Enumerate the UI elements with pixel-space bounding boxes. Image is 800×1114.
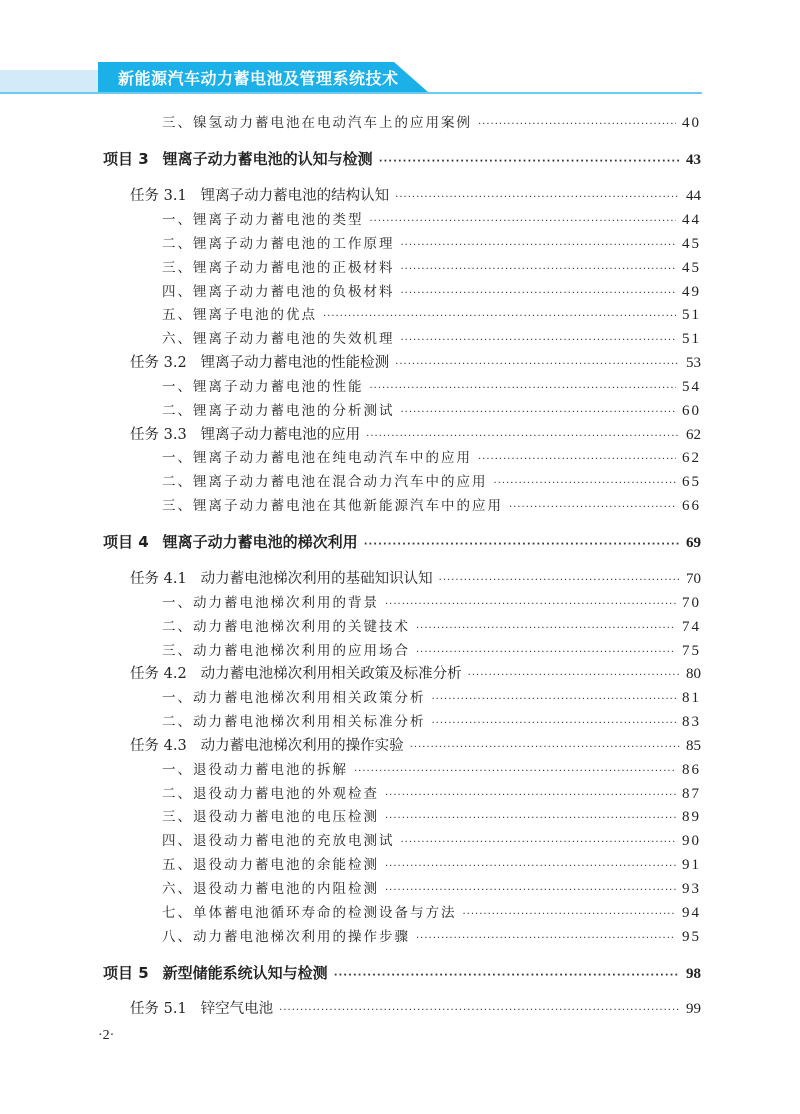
dot-leader [385, 885, 676, 896]
dot-leader [401, 288, 677, 299]
toc-section-entry[interactable]: 一、锂离子动力蓄电池的类型44 [162, 208, 701, 229]
toc-section-entry[interactable]: 八、动力蓄电池梯次利用的操作步骤95 [162, 925, 701, 946]
toc-section-entry[interactable]: 一、动力蓄电池梯次利用的背景70 [162, 591, 701, 612]
toc-task-entry[interactable]: 任务 3.1锂离子动力蓄电池的结构认知44 [130, 184, 701, 205]
toc-section-entry[interactable]: 五、锂离子电池的优点51 [162, 303, 701, 324]
toc-entry-label: 项目 5新型储能系统认知与检测 [103, 962, 328, 983]
toc-entry-page: 65 [682, 474, 701, 491]
toc-entry-page: 94 [682, 905, 701, 922]
toc-section-entry[interactable]: 二、动力蓄电池梯次利用的关键技术74 [162, 615, 701, 636]
toc-entry-page: 62 [682, 450, 701, 467]
toc-entry-title: 三、动力蓄电池梯次利用的应用场合 [162, 643, 410, 659]
toc-section-entry[interactable]: 三、锂离子动力蓄电池的正极材料45 [162, 256, 701, 277]
dot-leader [354, 766, 676, 777]
toc-entry-title: 锂离子动力蓄电池的梯次利用 [163, 533, 358, 551]
toc-entry-label: 二、动力蓄电池梯次利用的关键技术 [162, 615, 410, 635]
toc-entry-title: 动力蓄电池梯次利用的操作实验 [201, 738, 404, 754]
toc-entry-page: 69 [686, 535, 701, 552]
toc-entry-title: 二、动力蓄电池梯次利用的关键技术 [162, 619, 410, 635]
toc-entry-page: 44 [686, 188, 701, 205]
toc-entry-label: 二、锂离子动力蓄电池的工作原理 [162, 232, 395, 252]
dot-leader [401, 407, 677, 418]
toc-entry-title: 锂离子动力蓄电池的认知与检测 [163, 150, 373, 168]
dot-leader [385, 813, 676, 824]
toc-entry-page: 95 [682, 929, 701, 946]
toc-entry-label: 一、退役动力蓄电池的拆解 [162, 758, 348, 778]
toc-section-entry[interactable]: 二、动力蓄电池梯次利用相关标准分析83 [162, 710, 701, 731]
toc-project-entry[interactable]: 项目 4锂离子动力蓄电池的梯次利用69 [103, 531, 701, 552]
dot-leader [463, 909, 677, 920]
toc-entry-title: 一、锂离子动力蓄电池的性能 [162, 379, 364, 395]
toc-task-entry[interactable]: 任务 3.3锂离子动力蓄电池的应用62 [130, 423, 701, 444]
toc-entry-label: 三、退役动力蓄电池的电压检测 [162, 805, 379, 825]
toc-entry-label: 五、锂离子电池的优点 [162, 303, 317, 323]
page-number: ·2· [98, 1028, 114, 1044]
toc-entry-label: 二、锂离子动力蓄电池的分析测试 [162, 399, 395, 419]
toc-entry-page: 54 [682, 379, 701, 396]
toc-entry-title: 动力蓄电池梯次利用相关政策及标准分析 [201, 666, 462, 682]
toc-entry-title: 三、退役动力蓄电池的电压检测 [162, 809, 379, 825]
book-title: 新能源汽车动力蓄电池及管理系统技术 [118, 66, 399, 89]
toc-section-entry[interactable]: 二、锂离子动力蓄电池的分析测试60 [162, 399, 701, 420]
dot-leader [366, 431, 680, 442]
toc-section-entry[interactable]: 四、退役动力蓄电池的充放电测试90 [162, 829, 701, 850]
toc-section-entry[interactable]: 三、镍氢动力蓄电池在电动汽车上的应用案例40 [162, 111, 701, 132]
toc-section-entry[interactable]: 七、单体蓄电池循环寿命的检测设备与方法94 [162, 901, 701, 922]
toc-entry-title: 锂离子动力蓄电池的结构认知 [201, 188, 390, 204]
dot-leader [410, 742, 680, 753]
toc-entry-title: 一、动力蓄电池梯次利用相关政策分析 [162, 690, 426, 706]
toc-entry-number: 项目 3 [103, 150, 149, 168]
dot-leader [279, 1005, 680, 1016]
header-rule [0, 92, 702, 94]
dot-leader [401, 240, 677, 251]
dot-leader [478, 454, 676, 465]
toc-entry-label: 一、锂离子动力蓄电池的类型 [162, 208, 364, 228]
toc-entry-label: 二、退役动力蓄电池的外观检查 [162, 782, 379, 802]
toc-entry-page: 51 [682, 331, 701, 348]
toc-section-entry[interactable]: 二、锂离子动力蓄电池的工作原理45 [162, 232, 701, 253]
toc-entry-title: 五、锂离子电池的优点 [162, 307, 317, 323]
toc-entry-label: 三、锂离子动力蓄电池的正极材料 [162, 256, 395, 276]
toc-section-entry[interactable]: 六、退役动力蓄电池的内阻检测93 [162, 877, 701, 898]
toc-entry-title: 五、退役动力蓄电池的余能检测 [162, 857, 379, 873]
toc-entry-label: 三、锂离子动力蓄电池在其他新能源汽车中的应用 [162, 494, 503, 514]
toc-entry-page: 60 [682, 403, 701, 420]
toc-entry-label: 八、动力蓄电池梯次利用的操作步骤 [162, 925, 410, 945]
toc-section-entry[interactable]: 三、退役动力蓄电池的电压检测89 [162, 805, 701, 826]
toc-entry-number: 任务 3.3 [130, 427, 187, 443]
dot-leader [401, 837, 677, 848]
toc-entry-title: 八、动力蓄电池梯次利用的操作步骤 [162, 929, 410, 945]
toc-entry-label: 二、锂离子动力蓄电池在混合动力汽车中的应用 [162, 470, 488, 490]
dot-leader [416, 623, 676, 634]
toc-entry-label: 三、动力蓄电池梯次利用的应用场合 [162, 639, 410, 659]
dot-leader [432, 694, 677, 705]
toc-entry-title: 三、镍氢动力蓄电池在电动汽车上的应用案例 [162, 115, 472, 131]
dot-leader [416, 933, 676, 944]
toc-entry-label: 任务 3.1锂离子动力蓄电池的结构认知 [130, 184, 389, 205]
toc-entry-label: 任务 3.2锂离子动力蓄电池的性能检测 [130, 351, 389, 372]
toc-task-entry[interactable]: 任务 4.3动力蓄电池梯次利用的操作实验85 [130, 734, 701, 755]
toc-project-entry[interactable]: 项目 5新型储能系统认知与检测98 [103, 962, 701, 983]
toc-entry-label: 项目 4锂离子动力蓄电池的梯次利用 [103, 531, 358, 552]
toc-entry-page: 43 [686, 152, 701, 169]
toc-entry-number: 任务 3.1 [130, 188, 187, 204]
dot-leader [379, 156, 680, 167]
dot-leader [370, 216, 677, 227]
dot-leader [395, 359, 680, 370]
toc-entry-label: 七、单体蓄电池循环寿命的检测设备与方法 [162, 901, 457, 921]
toc-entry-label: 任务 3.3锂离子动力蓄电池的应用 [130, 423, 360, 444]
dot-leader [416, 647, 676, 658]
toc-section-entry[interactable]: 二、退役动力蓄电池的外观检查87 [162, 782, 701, 803]
toc-entry-label: 一、锂离子动力蓄电池在纯电动汽车中的应用 [162, 446, 472, 466]
dot-leader [364, 539, 680, 550]
dot-leader [478, 119, 676, 130]
toc-entry-title: 六、退役动力蓄电池的内阻检测 [162, 881, 379, 897]
toc-entry-page: 44 [682, 212, 701, 229]
toc-entry-label: 六、退役动力蓄电池的内阻检测 [162, 877, 379, 897]
dot-leader [494, 478, 677, 489]
toc-entry-label: 任务 4.1动力蓄电池梯次利用的基础知识认知 [130, 567, 433, 588]
toc-entry-label: 五、退役动力蓄电池的余能检测 [162, 853, 379, 873]
toc-entry-page: 80 [686, 666, 701, 683]
toc-entry-number: 项目 5 [103, 964, 149, 982]
toc-entry-title: 七、单体蓄电池循环寿命的检测设备与方法 [162, 905, 457, 921]
toc-task-entry[interactable]: 任务 5.1锌空气电池99 [130, 997, 701, 1018]
toc-section-entry[interactable]: 五、退役动力蓄电池的余能检测91 [162, 853, 701, 874]
toc-entry-page: 53 [686, 355, 701, 372]
toc-entry-page: 86 [682, 762, 701, 779]
toc-entry-title: 二、动力蓄电池梯次利用相关标准分析 [162, 714, 426, 730]
toc-entry-label: 四、退役动力蓄电池的充放电测试 [162, 829, 395, 849]
toc-entry-page: 85 [686, 738, 701, 755]
toc-entry-page: 40 [682, 115, 701, 132]
toc-entry-number: 项目 4 [103, 533, 149, 551]
toc-entry-page: 83 [682, 714, 701, 731]
toc-entry-title: 一、退役动力蓄电池的拆解 [162, 762, 348, 778]
toc-entry-page: 45 [682, 260, 701, 277]
dot-leader [401, 335, 677, 346]
toc-section-entry[interactable]: 一、锂离子动力蓄电池的性能54 [162, 375, 701, 396]
toc-entry-title: 新型储能系统认知与检测 [163, 964, 328, 982]
toc-section-entry[interactable]: 一、退役动力蓄电池的拆解86 [162, 758, 701, 779]
toc-entry-label: 四、锂离子动力蓄电池的负极材料 [162, 280, 395, 300]
toc-entry-title: 一、锂离子动力蓄电池在纯电动汽车中的应用 [162, 450, 472, 466]
toc-entry-page: 91 [682, 857, 701, 874]
toc-section-entry[interactable]: 三、动力蓄电池梯次利用的应用场合75 [162, 639, 701, 660]
toc-entry-number: 任务 4.1 [130, 571, 187, 587]
toc-entry-page: 75 [682, 643, 701, 660]
toc-entry-number: 任务 5.1 [130, 1001, 187, 1017]
toc-entry-label: 三、镍氢动力蓄电池在电动汽车上的应用案例 [162, 111, 472, 131]
toc-entry-title: 二、退役动力蓄电池的外观检查 [162, 786, 379, 802]
dot-leader [432, 718, 677, 729]
toc-entry-label: 项目 3锂离子动力蓄电池的认知与检测 [103, 148, 373, 169]
toc-section-entry[interactable]: 一、动力蓄电池梯次利用相关政策分析81 [162, 686, 701, 707]
toc-entry-page: 99 [686, 1001, 701, 1018]
toc-task-entry[interactable]: 任务 4.2动力蓄电池梯次利用相关政策及标准分析80 [130, 662, 701, 683]
dot-leader [323, 311, 676, 322]
toc-entry-label: 二、动力蓄电池梯次利用相关标准分析 [162, 710, 426, 730]
dot-leader [385, 599, 676, 610]
toc-entry-title: 二、锂离子动力蓄电池的工作原理 [162, 236, 395, 252]
toc-entry-title: 锂离子动力蓄电池的应用 [201, 427, 361, 443]
toc-entry-number: 任务 3.2 [130, 355, 187, 371]
toc-task-entry[interactable]: 任务 4.1动力蓄电池梯次利用的基础知识认知70 [130, 567, 701, 588]
toc-entry-title: 锌空气电池 [201, 1001, 274, 1017]
toc-entry-page: 74 [682, 619, 701, 636]
toc-entry-title: 二、锂离子动力蓄电池的分析测试 [162, 403, 395, 419]
toc-entry-title: 六、锂离子动力蓄电池的失效机理 [162, 331, 395, 347]
toc-entry-title: 一、锂离子动力蓄电池的类型 [162, 212, 364, 228]
toc-entry-number: 任务 4.3 [130, 738, 187, 754]
toc-entry-page: 49 [682, 284, 701, 301]
toc-entry-title: 动力蓄电池梯次利用的基础知识认知 [201, 571, 433, 587]
dot-leader [334, 970, 680, 981]
toc-entry-page: 89 [682, 809, 701, 826]
toc-entry-page: 66 [682, 498, 701, 515]
toc-entry-label: 六、锂离子动力蓄电池的失效机理 [162, 327, 395, 347]
toc-entry-title: 二、锂离子动力蓄电池在混合动力汽车中的应用 [162, 474, 488, 490]
toc-section-entry[interactable]: 一、锂离子动力蓄电池在纯电动汽车中的应用62 [162, 446, 701, 467]
toc-entry-title: 锂离子动力蓄电池的性能检测 [201, 355, 390, 371]
toc-entry-number: 任务 4.2 [130, 666, 187, 682]
dot-leader [385, 861, 676, 872]
toc-entry-label: 一、动力蓄电池梯次利用相关政策分析 [162, 686, 426, 706]
toc-entry-title: 三、锂离子动力蓄电池在其他新能源汽车中的应用 [162, 498, 503, 514]
toc-entry-label: 一、动力蓄电池梯次利用的背景 [162, 591, 379, 611]
toc-entry-page: 87 [682, 786, 701, 803]
toc-section-entry[interactable]: 四、锂离子动力蓄电池的负极材料49 [162, 280, 701, 301]
toc-entry-label: 任务 5.1锌空气电池 [130, 997, 273, 1018]
toc-entry-title: 四、退役动力蓄电池的充放电测试 [162, 833, 395, 849]
header-strip [0, 70, 100, 92]
toc-entry-page: 81 [682, 690, 701, 707]
toc-project-entry[interactable]: 项目 3锂离子动力蓄电池的认知与检测43 [103, 148, 701, 169]
toc-section-entry[interactable]: 六、锂离子动力蓄电池的失效机理51 [162, 327, 701, 348]
toc-entry-page: 93 [682, 881, 701, 898]
dot-leader [395, 192, 680, 203]
toc-entry-label: 任务 4.3动力蓄电池梯次利用的操作实验 [130, 734, 404, 755]
toc-entry-page: 98 [686, 966, 701, 983]
toc-task-entry[interactable]: 任务 3.2锂离子动力蓄电池的性能检测53 [130, 351, 701, 372]
running-header: 新能源汽车动力蓄电池及管理系统技术 [0, 62, 800, 94]
toc-entry-label: 任务 4.2动力蓄电池梯次利用相关政策及标准分析 [130, 662, 462, 683]
dot-leader [439, 575, 680, 586]
toc-entry-title: 一、动力蓄电池梯次利用的背景 [162, 595, 379, 611]
dot-leader [401, 264, 677, 275]
toc-entry-page: 62 [686, 427, 701, 444]
toc-entry-page: 70 [682, 595, 701, 612]
toc-entry-page: 51 [682, 307, 701, 324]
toc-entry-page: 70 [686, 571, 701, 588]
toc-section-entry[interactable]: 三、锂离子动力蓄电池在其他新能源汽车中的应用66 [162, 494, 701, 515]
toc-entry-label: 一、锂离子动力蓄电池的性能 [162, 375, 364, 395]
toc-entry-title: 三、锂离子动力蓄电池的正极材料 [162, 260, 395, 276]
dot-leader [468, 670, 680, 681]
toc-entry-title: 四、锂离子动力蓄电池的负极材料 [162, 284, 395, 300]
toc-entry-page: 45 [682, 236, 701, 253]
dot-leader [385, 790, 676, 801]
dot-leader [509, 502, 676, 513]
toc-section-entry[interactable]: 二、锂离子动力蓄电池在混合动力汽车中的应用65 [162, 470, 701, 491]
dot-leader [370, 383, 677, 394]
toc-entry-page: 90 [682, 833, 701, 850]
